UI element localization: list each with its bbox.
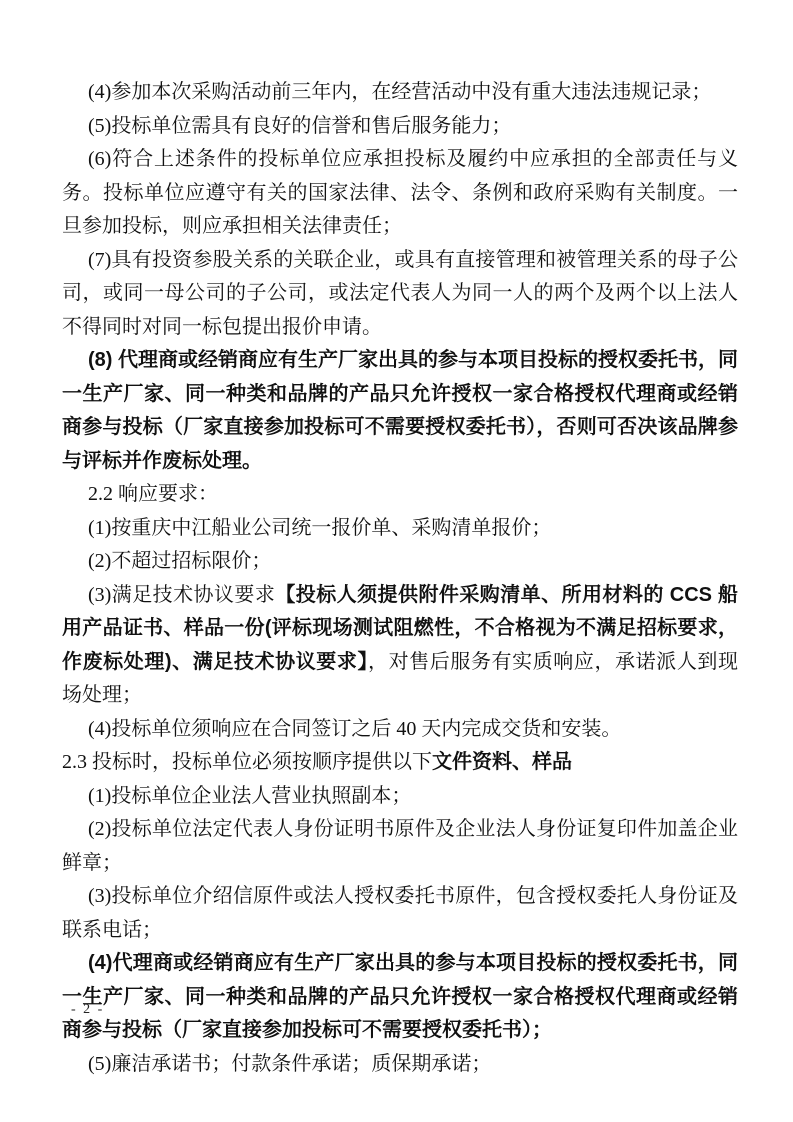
paragraph: (5)廉洁承诺书；付款条件承诺；质保期承诺； [62, 1048, 738, 1082]
paragraph: (1)按重庆中江船业公司统一报价单、采购清单报价； [62, 512, 738, 546]
text-segment: (6)符合上述条件的投标单位应承担投标及履约中应承担的全部责任与义务。投标单位应… [62, 148, 738, 237]
text-segment: (5)投标单位需具有良好的信誉和售后服务能力； [88, 115, 511, 137]
text-segment: (4)参加本次采购活动前三年内，在经营活动中没有重大违法违规记录； [88, 81, 711, 103]
paragraph: (2)不超过招标限价； [62, 545, 738, 579]
paragraph: 2.2 响应要求： [62, 478, 738, 512]
text-segment: (3)满足技术协议要求 [88, 584, 275, 606]
text-segment: (5)廉洁承诺书；付款条件承诺；质保期承诺； [88, 1053, 491, 1075]
paragraph: (1)投标单位企业法人营业执照副本； [62, 780, 738, 814]
paragraph: (4)代理商或经销商应有生产厂家出具的参与本项目投标的授权委托书，同一生产厂家、… [62, 947, 738, 1048]
text-segment: 文件资料、样品 [432, 751, 572, 773]
document-page: (4)参加本次采购活动前三年内，在经营活动中没有重大违法违规记录；(5)投标单位… [0, 0, 793, 1122]
paragraph: (3)投标单位介绍信原件或法人授权委托书原件，包含授权委托人身份证及联系电话； [62, 880, 738, 947]
text-segment: (8) 代理商或经销商应有生产厂家出具的参与本项目投标的授权委托书，同一生产厂家… [62, 349, 738, 472]
paragraph: 2.3 投标时，投标单位必须按顺序提供以下文件资料、样品 [62, 746, 738, 780]
text-segment: (1)按重庆中江船业公司统一报价单、采购清单报价； [88, 517, 551, 539]
text-segment: 2.2 响应要求： [88, 483, 218, 505]
document-body: (4)参加本次采购活动前三年内，在经营活动中没有重大违法违规记录；(5)投标单位… [62, 76, 738, 1081]
paragraph: (3)满足技术协议要求【投标人须提供附件采购清单、所用材料的 CCS 船用产品证… [62, 579, 738, 713]
paragraph: (4)投标单位须响应在合同签订之后 40 天内完成交货和安装。 [62, 713, 738, 747]
text-segment: (7)具有投资参股关系的关联企业，或具有直接管理和被管理关系的母子公司，或同一母… [62, 249, 738, 338]
text-segment: (2)不超过招标限价； [88, 550, 271, 572]
paragraph: (8) 代理商或经销商应有生产厂家出具的参与本项目投标的授权委托书，同一生产厂家… [62, 344, 738, 478]
text-segment: (4)代理商或经销商应有生产厂家出具的参与本项目投标的授权委托书，同一生产厂家、… [62, 952, 738, 1041]
paragraph: (4)参加本次采购活动前三年内，在经营活动中没有重大违法违规记录； [62, 76, 738, 110]
paragraph: (7)具有投资参股关系的关联企业，或具有直接管理和被管理关系的母子公司，或同一母… [62, 244, 738, 345]
page-number: - 2 - [71, 1002, 104, 1018]
text-segment: 2.3 投标时，投标单位必须按顺序提供以下 [62, 751, 432, 773]
paragraph: (5)投标单位需具有良好的信誉和售后服务能力； [62, 110, 738, 144]
paragraph: (2)投标单位法定代表人身份证明书原件及企业法人身份证复印件加盖企业鲜章； [62, 813, 738, 880]
paragraph: (6)符合上述条件的投标单位应承担投标及履约中应承担的全部责任与义务。投标单位应… [62, 143, 738, 244]
text-segment: (4)投标单位须响应在合同签订之后 40 天内完成交货和安装。 [88, 718, 621, 740]
text-segment: (3)投标单位介绍信原件或法人授权委托书原件，包含授权委托人身份证及联系电话； [62, 885, 738, 941]
text-segment: (2)投标单位法定代表人身份证明书原件及企业法人身份证复印件加盖企业鲜章； [62, 818, 738, 874]
text-segment: (1)投标单位企业法人营业执照副本； [88, 785, 411, 807]
